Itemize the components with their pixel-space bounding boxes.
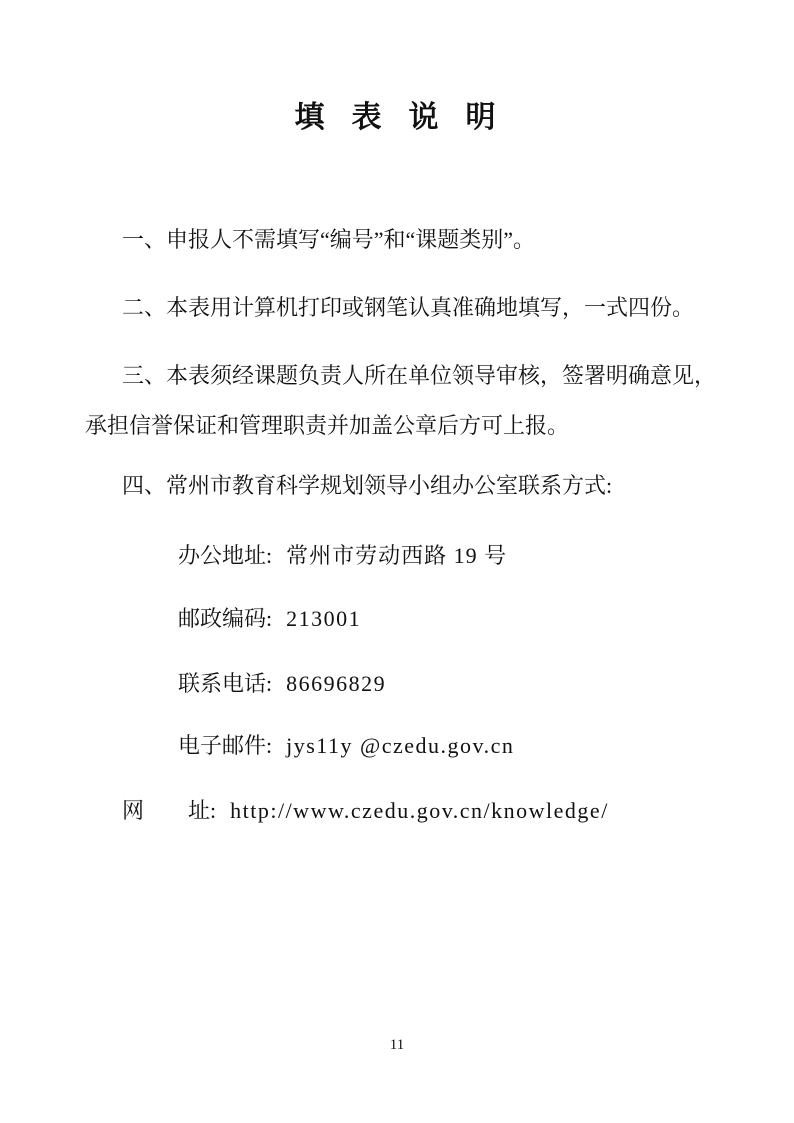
website-label: 网 址: bbox=[122, 798, 216, 823]
office-address-row: 办公地址:常州市劳动西路 19 号 bbox=[178, 541, 507, 571]
office-address-value: 常州市劳动西路 19 号 bbox=[286, 543, 507, 568]
phone-row: 联系电话:86696829 bbox=[178, 669, 386, 699]
phone-label: 联系电话: bbox=[178, 671, 272, 696]
postal-code-label: 邮政编码: bbox=[178, 606, 272, 631]
document-page: 填 表 说 明 一、申报人不需填写“编号”和“课题类别”。 二、本表用计算机打印… bbox=[0, 0, 794, 1123]
phone-value: 86696829 bbox=[286, 671, 386, 696]
instruction-3-line-2: 承担信誉保证和管理职责并加盖公章后方可上报。 bbox=[85, 411, 569, 441]
office-address-label: 办公地址: bbox=[178, 543, 272, 568]
postal-code-value: 213001 bbox=[286, 606, 361, 631]
instruction-2: 二、本表用计算机打印或钢笔认真准确地填写，一式四份。 bbox=[122, 293, 694, 323]
page-title: 填 表 说 明 bbox=[0, 92, 794, 136]
instruction-1: 一、申报人不需填写“编号”和“课题类别”。 bbox=[122, 225, 535, 255]
page-number: 11 bbox=[0, 1037, 794, 1054]
postal-code-row: 邮政编码:213001 bbox=[178, 604, 361, 634]
email-value: jys11y @czedu.gov.cn bbox=[286, 733, 514, 758]
instruction-3-line-1: 三、本表须经课题负责人所在单位领导审核，签署明确意见， bbox=[122, 361, 716, 391]
email-row: 电子邮件:jys11y @czedu.gov.cn bbox=[178, 731, 514, 761]
email-label: 电子邮件: bbox=[178, 733, 272, 758]
website-value: http://www.czedu.gov.cn/knowledge/ bbox=[230, 798, 609, 823]
instruction-4: 四、常州市教育科学规划领导小组办公室联系方式: bbox=[122, 471, 612, 501]
website-row: 网 址:http://www.czedu.gov.cn/knowledge/ bbox=[122, 796, 609, 826]
